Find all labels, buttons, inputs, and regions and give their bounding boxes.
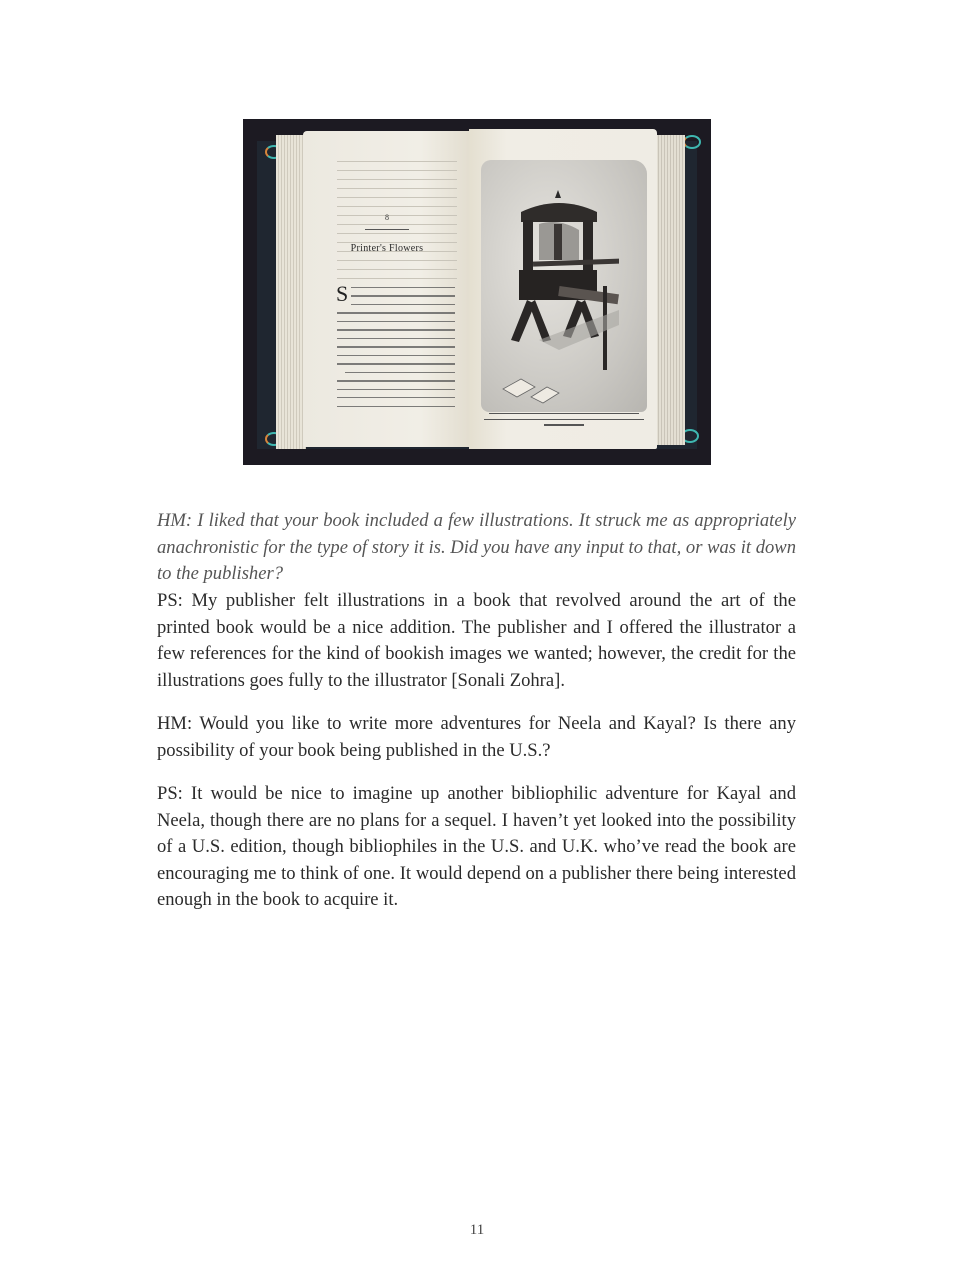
chapter-body-text bbox=[337, 287, 455, 414]
chapter-ornament-rule bbox=[365, 229, 409, 230]
cover-ornament-icon bbox=[683, 135, 701, 149]
page-edges-left bbox=[276, 135, 306, 449]
page-number: 11 bbox=[0, 1222, 954, 1239]
interview-answer-2: PS: It would be nice to imagine up anoth… bbox=[157, 781, 796, 914]
printing-press-icon bbox=[499, 190, 619, 380]
illustration-caption bbox=[479, 413, 649, 430]
chapter-title: Printer's Flowers bbox=[303, 243, 471, 254]
right-book-page bbox=[469, 129, 657, 449]
chapter-number: 8 bbox=[303, 213, 471, 222]
interview-question-2: HM: Would you like to write more adventu… bbox=[157, 711, 796, 764]
question-text: HM: I liked that your book included a fe… bbox=[157, 508, 796, 588]
book-photo: 8 Printer's Flowers S bbox=[243, 119, 711, 465]
question-text: HM: Would you like to write more adventu… bbox=[157, 711, 796, 764]
answer-text: PS: It would be nice to imagine up anoth… bbox=[157, 781, 796, 914]
interview-question-1: HM: I liked that your book included a fe… bbox=[157, 508, 796, 588]
paper-sheets-icon bbox=[501, 375, 571, 405]
left-book-page: 8 Printer's Flowers S bbox=[303, 131, 471, 447]
answer-text: PS: My publisher felt illustrations in a… bbox=[157, 588, 796, 694]
show-through-text bbox=[337, 161, 457, 287]
printing-press-illustration bbox=[481, 160, 647, 412]
page-edges-right bbox=[653, 135, 685, 445]
interview-answer-1: PS: My publisher felt illustrations in a… bbox=[157, 588, 796, 694]
